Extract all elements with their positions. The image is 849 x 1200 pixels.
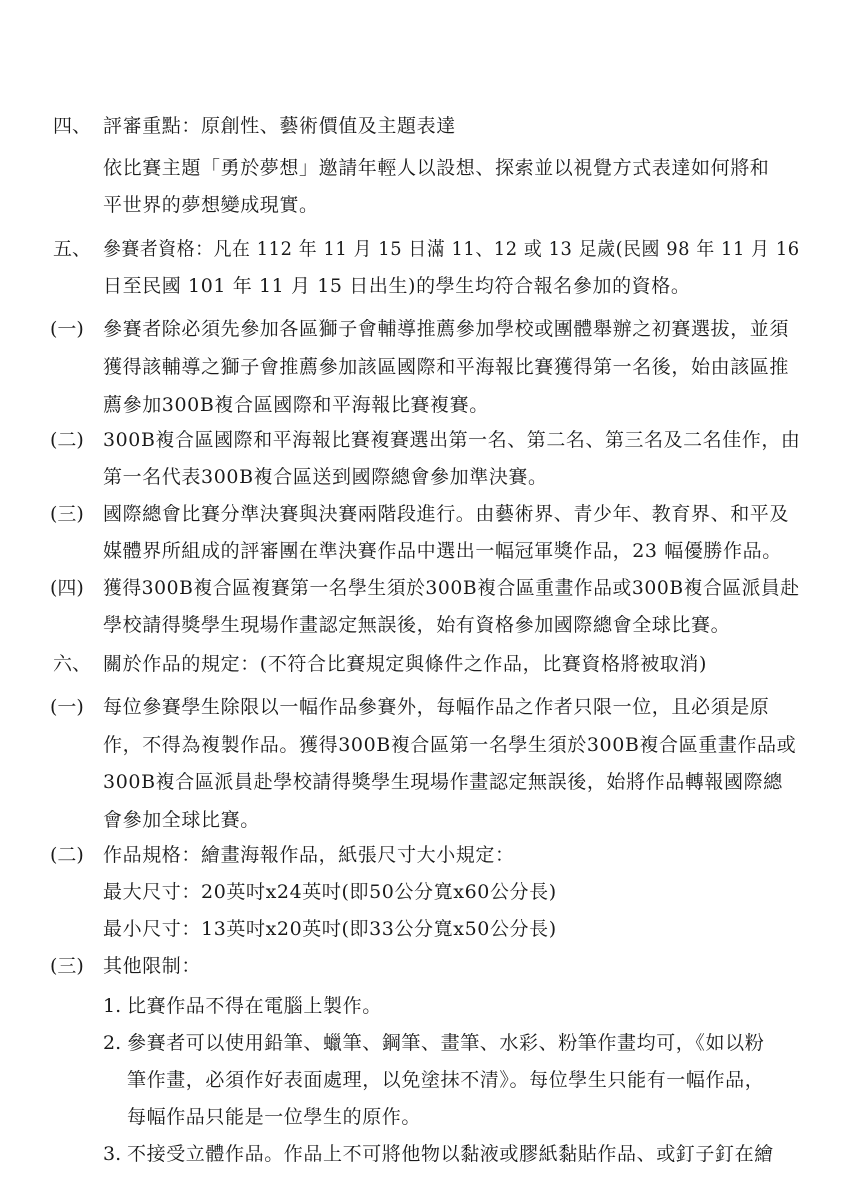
paragraph-line: 最大尺寸：20英吋x24英吋(即50公分寬x60公分長) bbox=[103, 880, 557, 904]
subitem-marker: 1. bbox=[103, 994, 121, 1018]
paragraph-line: 日至民國 101 年 11 月 15 日出生)的學生均符合報名參加的資格。 bbox=[103, 274, 690, 298]
section-heading: 關於作品的規定：(不符合比賽規定與條件之作品，比賽資格將被取消) bbox=[103, 652, 707, 676]
paragraph-line: 最小尺寸：13英吋x20英吋(即33公分寬x50公分長) bbox=[103, 917, 557, 941]
paragraph-line: 參賽者資格：凡在 112 年 11 月 15 日滿 11、12 或 13 足歲(… bbox=[103, 237, 800, 261]
item-marker: (一) bbox=[50, 317, 84, 341]
item-marker: (二) bbox=[50, 843, 84, 867]
paragraph-line: 薦參加300B複合區國際和平海報比賽複賽。 bbox=[103, 393, 489, 417]
paragraph-line: 筆作畫，必須作好表面處理，以免塗抹不清》。每位學生只能有一幅作品， bbox=[127, 1068, 764, 1092]
section-heading: 評審重點：原創性、藝術價值及主題表達 bbox=[103, 114, 456, 138]
paragraph-line: 每幅作品只能是一位學生的原作。 bbox=[127, 1105, 421, 1129]
item-marker: (三) bbox=[50, 954, 84, 978]
paragraph-line: 國際總會比賽分準決賽與決賽兩階段進行。由藝術界、青少年、教育界、和平及 bbox=[103, 502, 789, 526]
section-marker: 四、 bbox=[53, 114, 91, 138]
paragraph-line: 第一名代表300B複合區送到國際總會參加準決賽。 bbox=[103, 465, 548, 489]
section-marker: 五、 bbox=[53, 237, 91, 261]
item-marker: (三) bbox=[50, 502, 84, 526]
paragraph-line: 會參加全球比賽。 bbox=[103, 808, 260, 832]
paragraph-line: 作，不得為複製作品。獲得300B複合區第一名學生須於300B複合區重畫作品或 bbox=[103, 733, 796, 757]
document-page: 四、 評審重點：原創性、藝術價值及主題表達 依比賽主題「勇於夢想」邀請年輕人以設… bbox=[0, 0, 849, 1200]
paragraph-line: 依比賽主題「勇於夢想」邀請年輕人以設想、探索並以視覺方式表達如何將和 bbox=[103, 156, 769, 180]
paragraph-line: 其他限制： bbox=[103, 954, 201, 978]
subitem-marker: 2. bbox=[103, 1031, 121, 1055]
paragraph-line: 媒體界所組成的評審團在準決賽作品中選出一幅冠軍獎作品，23 幅優勝作品。 bbox=[103, 539, 782, 563]
paragraph-line: 參賽者可以使用鉛筆、蠟筆、鋼筆、畫筆、水彩、粉筆作畫均可，《如以粉 bbox=[127, 1031, 764, 1055]
paragraph-line: 300B複合區派員赴學校請得獎學生現場作畫認定無誤後，始將作品轉報國際總 bbox=[103, 770, 783, 794]
paragraph-line: 參賽者除必須先參加各區獅子會輔導推薦參加學校或團體舉辦之初賽選拔，並須 bbox=[103, 317, 789, 341]
item-marker: (四) bbox=[50, 576, 84, 600]
item-marker: (二) bbox=[50, 428, 84, 452]
paragraph-line: 獲得300B複合區複賽第一名學生須於300B複合區重畫作品或300B複合區派員赴 bbox=[103, 576, 800, 600]
paragraph-line: 平世界的夢想變成現實。 bbox=[103, 193, 319, 217]
paragraph-line: 不接受立體作品。作品上不可將他物以黏液或膠紙黏貼作品、或釘子釘在繪 bbox=[127, 1142, 774, 1166]
paragraph-line: 作品規格：繪畫海報作品，紙張尺寸大小規定： bbox=[103, 843, 515, 867]
paragraph-line: 比賽作品不得在電腦上製作。 bbox=[127, 994, 382, 1018]
paragraph-line: 每位參賽學生除限以一幅作品參賽外，每幅作品之作者只限一位，且必須是原 bbox=[103, 695, 769, 719]
item-marker: (一) bbox=[50, 695, 84, 719]
paragraph-line: 學校請得獎學生現場作畫認定無誤後，始有資格參加國際總會全球比賽。 bbox=[103, 613, 730, 637]
paragraph-line: 獲得該輔導之獅子會推薦參加該區國際和平海報比賽獲得第一名後，始由該區推 bbox=[103, 355, 789, 379]
paragraph-line: 300B複合區國際和平海報比賽複賽選出第一名、第二名、第三名及二名佳作，由 bbox=[103, 428, 800, 452]
section-marker: 六、 bbox=[53, 652, 91, 676]
subitem-marker: 3. bbox=[103, 1142, 121, 1166]
